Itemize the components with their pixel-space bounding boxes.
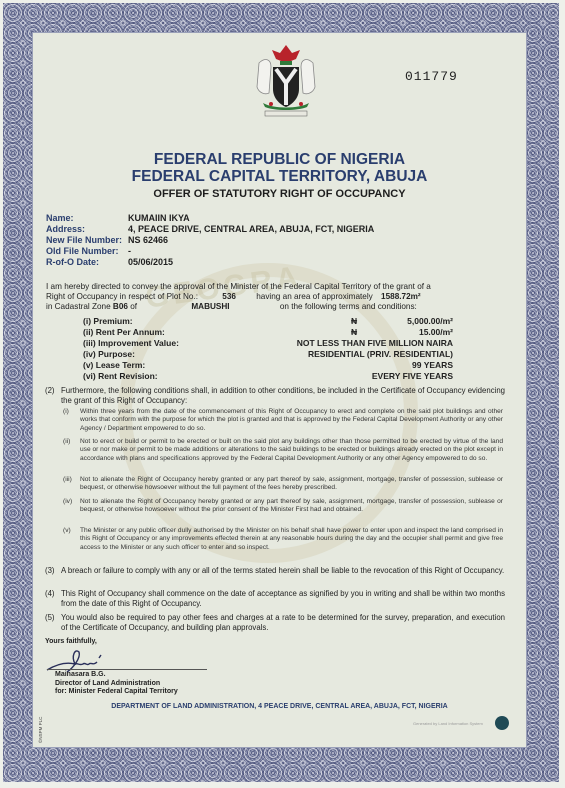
certificate-paper: GEOGRA 011779 FEDERAL REPUBLIC OF NIGERI… (32, 32, 527, 748)
title-territory: FEDERAL CAPITAL TERRITORY, ABUJA (33, 168, 526, 186)
signer-block: Mainasara B.G. Director of Land Administ… (55, 671, 178, 697)
info-label: New File Number: (46, 235, 128, 246)
printer-mark: ©NSPM PLC (38, 717, 43, 743)
sub-condition-text: Not to alienate the Right of Occupancy h… (80, 476, 503, 493)
signature-line (47, 669, 207, 670)
intro-text: on the following terms and conditions: (280, 302, 417, 311)
sub-condition-number: (ii) (63, 438, 70, 446)
condition-text: Furthermore, the following conditions sh… (61, 386, 505, 405)
term-premium: (i) Premium: ₦ 5,000.00/m² (83, 316, 443, 327)
sub-condition-number: (i) (63, 408, 69, 416)
term-label: (v) Lease Term: (83, 360, 145, 371)
info-row-name: Name: KUMAIIN IKYA (46, 213, 374, 224)
terms-list: (i) Premium: ₦ 5,000.00/m² (ii) Rent Per… (83, 316, 443, 382)
term-label: (ii) Rent Per Annum: (83, 327, 165, 338)
sub-condition-text: Within three years from the date of the … (80, 408, 503, 433)
term-improvement: (iii) Improvement Value: NOT LESS THAN F… (83, 338, 443, 349)
sub-condition-text: Not to alienate the Right of Occupancy h… (80, 498, 503, 515)
condition-3: (3) A breach or failure to comply with a… (45, 566, 505, 576)
sub-condition-iv: (iv) Not to alienate the Right of Occupa… (63, 498, 503, 515)
info-row-date: R-of-O Date: 05/06/2015 (46, 257, 374, 268)
signer-for: for: Minister Federal Capital Territory (55, 688, 178, 697)
info-label: Address: (46, 224, 128, 235)
term-lease: (v) Lease Term: 99 YEARS (83, 360, 443, 371)
coat-of-arms-icon (251, 41, 321, 121)
intro-text: Right of Occupancy in respect of Plot No… (46, 292, 198, 301)
term-value: 99 YEARS (412, 360, 453, 371)
condition-text: A breach or failure to comply with any o… (61, 566, 505, 576)
sub-condition-number: (iv) (63, 498, 72, 506)
condition-text: You would also be required to pay other … (61, 613, 505, 632)
term-rent: (ii) Rent Per Annum: ₦ 15.00/m² (83, 327, 443, 338)
land-info-seal-icon (495, 716, 509, 730)
plot-area: 1588.72m² (381, 292, 421, 301)
intro-paragraph: I am hereby directed to convey the appro… (46, 282, 486, 312)
info-row-old-file: Old File Number: - (46, 246, 374, 257)
info-label: Name: (46, 213, 128, 224)
term-label: (iii) Improvement Value: (83, 338, 179, 349)
document-title: OFFER OF STATUTORY RIGHT OF OCCUPANCY (33, 188, 526, 200)
term-purpose: (iv) Purpose: RESIDENTIAL (PRIV. RESIDEN… (83, 349, 443, 360)
title-country: FEDERAL REPUBLIC OF NIGERIA (33, 151, 526, 169)
closing: Yours faithfully, (45, 638, 97, 645)
term-revision: (vi) Rent Revision: EVERY FIVE YEARS (83, 371, 443, 382)
condition-number: (3) (45, 566, 55, 576)
sub-condition-iii: (iii) Not to alienate the Right of Occup… (63, 476, 503, 493)
sub-condition-text: Not to erect or build or permit to be er… (80, 438, 503, 463)
holder-info: Name: KUMAIIN IKYA Address: 4, PEACE DRI… (46, 213, 374, 268)
intro-line2: Right of Occupancy in respect of Plot No… (46, 292, 486, 302)
signer-title: Director of Land Administration (55, 680, 178, 689)
info-row-address: Address: 4, PEACE DRIVE, CENTRAL AREA, A… (46, 224, 374, 235)
district: MABUSHI (191, 302, 229, 311)
plot-number: 536 (222, 292, 236, 301)
intro-line3: in Cadastral Zone B06 of MABUSHI on the … (46, 302, 486, 312)
term-label: (i) Premium: (83, 316, 133, 327)
info-value: 05/06/2015 (128, 257, 173, 268)
intro-text: in Cadastral Zone (46, 302, 111, 311)
info-value: 4, PEACE DRIVE, CENTRAL AREA, ABUJA, FCT… (128, 224, 374, 235)
footer-department: DEPARTMENT OF LAND ADMINISTRATION, 4 PEA… (33, 703, 526, 710)
term-value: 15.00/m² (419, 327, 453, 338)
term-label: (vi) Rent Revision: (83, 371, 158, 382)
condition-text: This Right of Occupancy shall commence o… (61, 589, 505, 608)
condition-2: (2) Furthermore, the following condition… (45, 386, 505, 405)
info-value: KUMAIIN IKYA (128, 213, 190, 224)
condition-5: (5) You would also be required to pay ot… (45, 613, 505, 632)
naira-sign: ₦ (351, 327, 357, 338)
term-label: (iv) Purpose: (83, 349, 135, 360)
sub-condition-ii: (ii) Not to erect or build or permit to … (63, 438, 503, 463)
signer-name: Mainasara B.G. (55, 671, 178, 680)
condition-4: (4) This Right of Occupancy shall commen… (45, 589, 505, 608)
sub-condition-number: (iii) (63, 476, 72, 484)
condition-number: (2) (45, 386, 55, 396)
serial-number: 011779 (405, 69, 458, 84)
term-value: 5,000.00/m² (407, 316, 453, 327)
sub-condition-i: (i) Within three years from the date of … (63, 408, 503, 433)
term-value: RESIDENTIAL (PRIV. RESIDENTIAL) (308, 349, 453, 360)
condition-number: (4) (45, 589, 55, 599)
sub-condition-text: The Minister or any public officer dully… (80, 527, 503, 552)
footer-small-print: Generated by Land Information System (413, 721, 483, 726)
info-row-new-file: New File Number: NS 62466 (46, 235, 374, 246)
sub-condition-v: (v) The Minister or any public officer d… (63, 527, 503, 552)
info-value: NS 62466 (128, 235, 168, 246)
cadastral-zone: B06 (113, 302, 128, 311)
term-value: EVERY FIVE YEARS (372, 371, 453, 382)
info-label: Old File Number: (46, 246, 128, 257)
info-value: - (128, 246, 131, 257)
naira-sign: ₦ (351, 316, 357, 327)
condition-number: (5) (45, 613, 55, 623)
term-value: NOT LESS THAN FIVE MILLION NAIRA (297, 338, 453, 349)
intro-line1: I am hereby directed to convey the appro… (46, 282, 486, 292)
intro-text: of (130, 302, 137, 311)
sub-condition-number: (v) (63, 527, 71, 535)
info-label: R-of-O Date: (46, 257, 128, 268)
intro-text: having an area of approximately (256, 292, 373, 301)
